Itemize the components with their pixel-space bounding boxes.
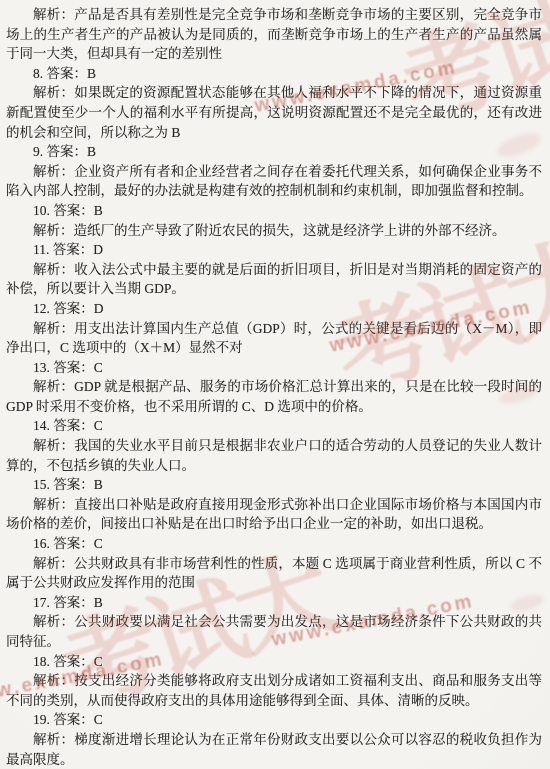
scanned-answer-page: 考试大 考试大 考试大 www.examda.com www.examda.co… [0,0,550,769]
answer-line-q12: 12. 答案：D [6,299,542,319]
analysis-paragraph-q12: 解析：用支出法计算国内生产总值（GDP）时，公式的关键是看后边的（X－M），即净… [6,319,542,358]
analysis-paragraph-q17: 解析：公共财政要以满足社会公共需要为出发点，这是市场经济条件下公共财政的共同特征… [6,612,542,651]
answer-line-q11: 11. 答案：D [6,240,542,260]
answer-line-q18: 18. 答案：C [6,652,542,672]
answer-line-q9: 9. 答案：B [6,142,542,162]
answer-line-q14: 14. 答案：C [6,416,542,436]
answer-line-q16: 16. 答案：C [6,534,542,554]
analysis-paragraph-q11: 解析：收入法公式中最主要的就是后面的折旧项目，折旧是对当期消耗的固定资产的补偿，… [6,260,542,299]
answer-line-q10: 10. 答案：B [6,201,542,221]
answer-line-q19: 19. 答案：C [6,710,542,730]
answer-line-q17: 17. 答案：B [6,593,542,613]
analysis-paragraph-q13: 解析：GDP 就是根据产品、服务的市场价格汇总计算出来的，只是在比较一段时间的 … [6,377,542,416]
analysis-paragraph-q18: 解析：按支出经济分类能够将政府支出划分成诸如工资福利支出、商品和服务支出等不同的… [6,671,542,710]
analysis-paragraph-q9: 解析：企业资产所有者和企业经营者之间存在着委托代理关系，如何确保企业事务不陷入内… [6,162,542,201]
analysis-paragraph-q14: 解析：我国的失业水平目前只是根据非农业户口的适合劳动的人员登记的失业人数计算的，… [6,436,542,475]
analysis-paragraph-q19: 解析：梯度渐进增长理论认为在正常年份财政支出要以公众可以容忍的税收负担作为最高限… [6,730,542,769]
answer-line-q13: 13. 答案：C [6,358,542,378]
answer-line-q8: 8. 答案：B [6,64,542,84]
answer-line-q15: 15. 答案：B [6,475,542,495]
analysis-paragraph-q10: 解析：造纸厂的生产导致了附近农民的损失，这就是经济学上讲的外部不经济。 [6,221,542,241]
analysis-paragraph-q8: 解析：如果既定的资源配置状态能够在其他人福利水平不下降的情况下，通过资源重新配置… [6,83,542,142]
analysis-paragraph-q7-continued: 解析：产品是否具有差别性是完全竞争市场和垄断竞争市场的主要区别，完全竞争市场上的… [6,5,542,64]
document-text: 解析：产品是否具有差别性是完全竞争市场和垄断竞争市场的主要区别，完全竞争市场上的… [0,0,550,769]
analysis-paragraph-q15: 解析：直接出口补贴是政府直接用现金形式弥补出口企业国际市场价格与本国国内市场价格… [6,495,542,534]
analysis-paragraph-q16: 解析：公共财政具有非市场营利性的性质，本题 C 选项属于商业营利性质，所以 C … [6,554,542,593]
